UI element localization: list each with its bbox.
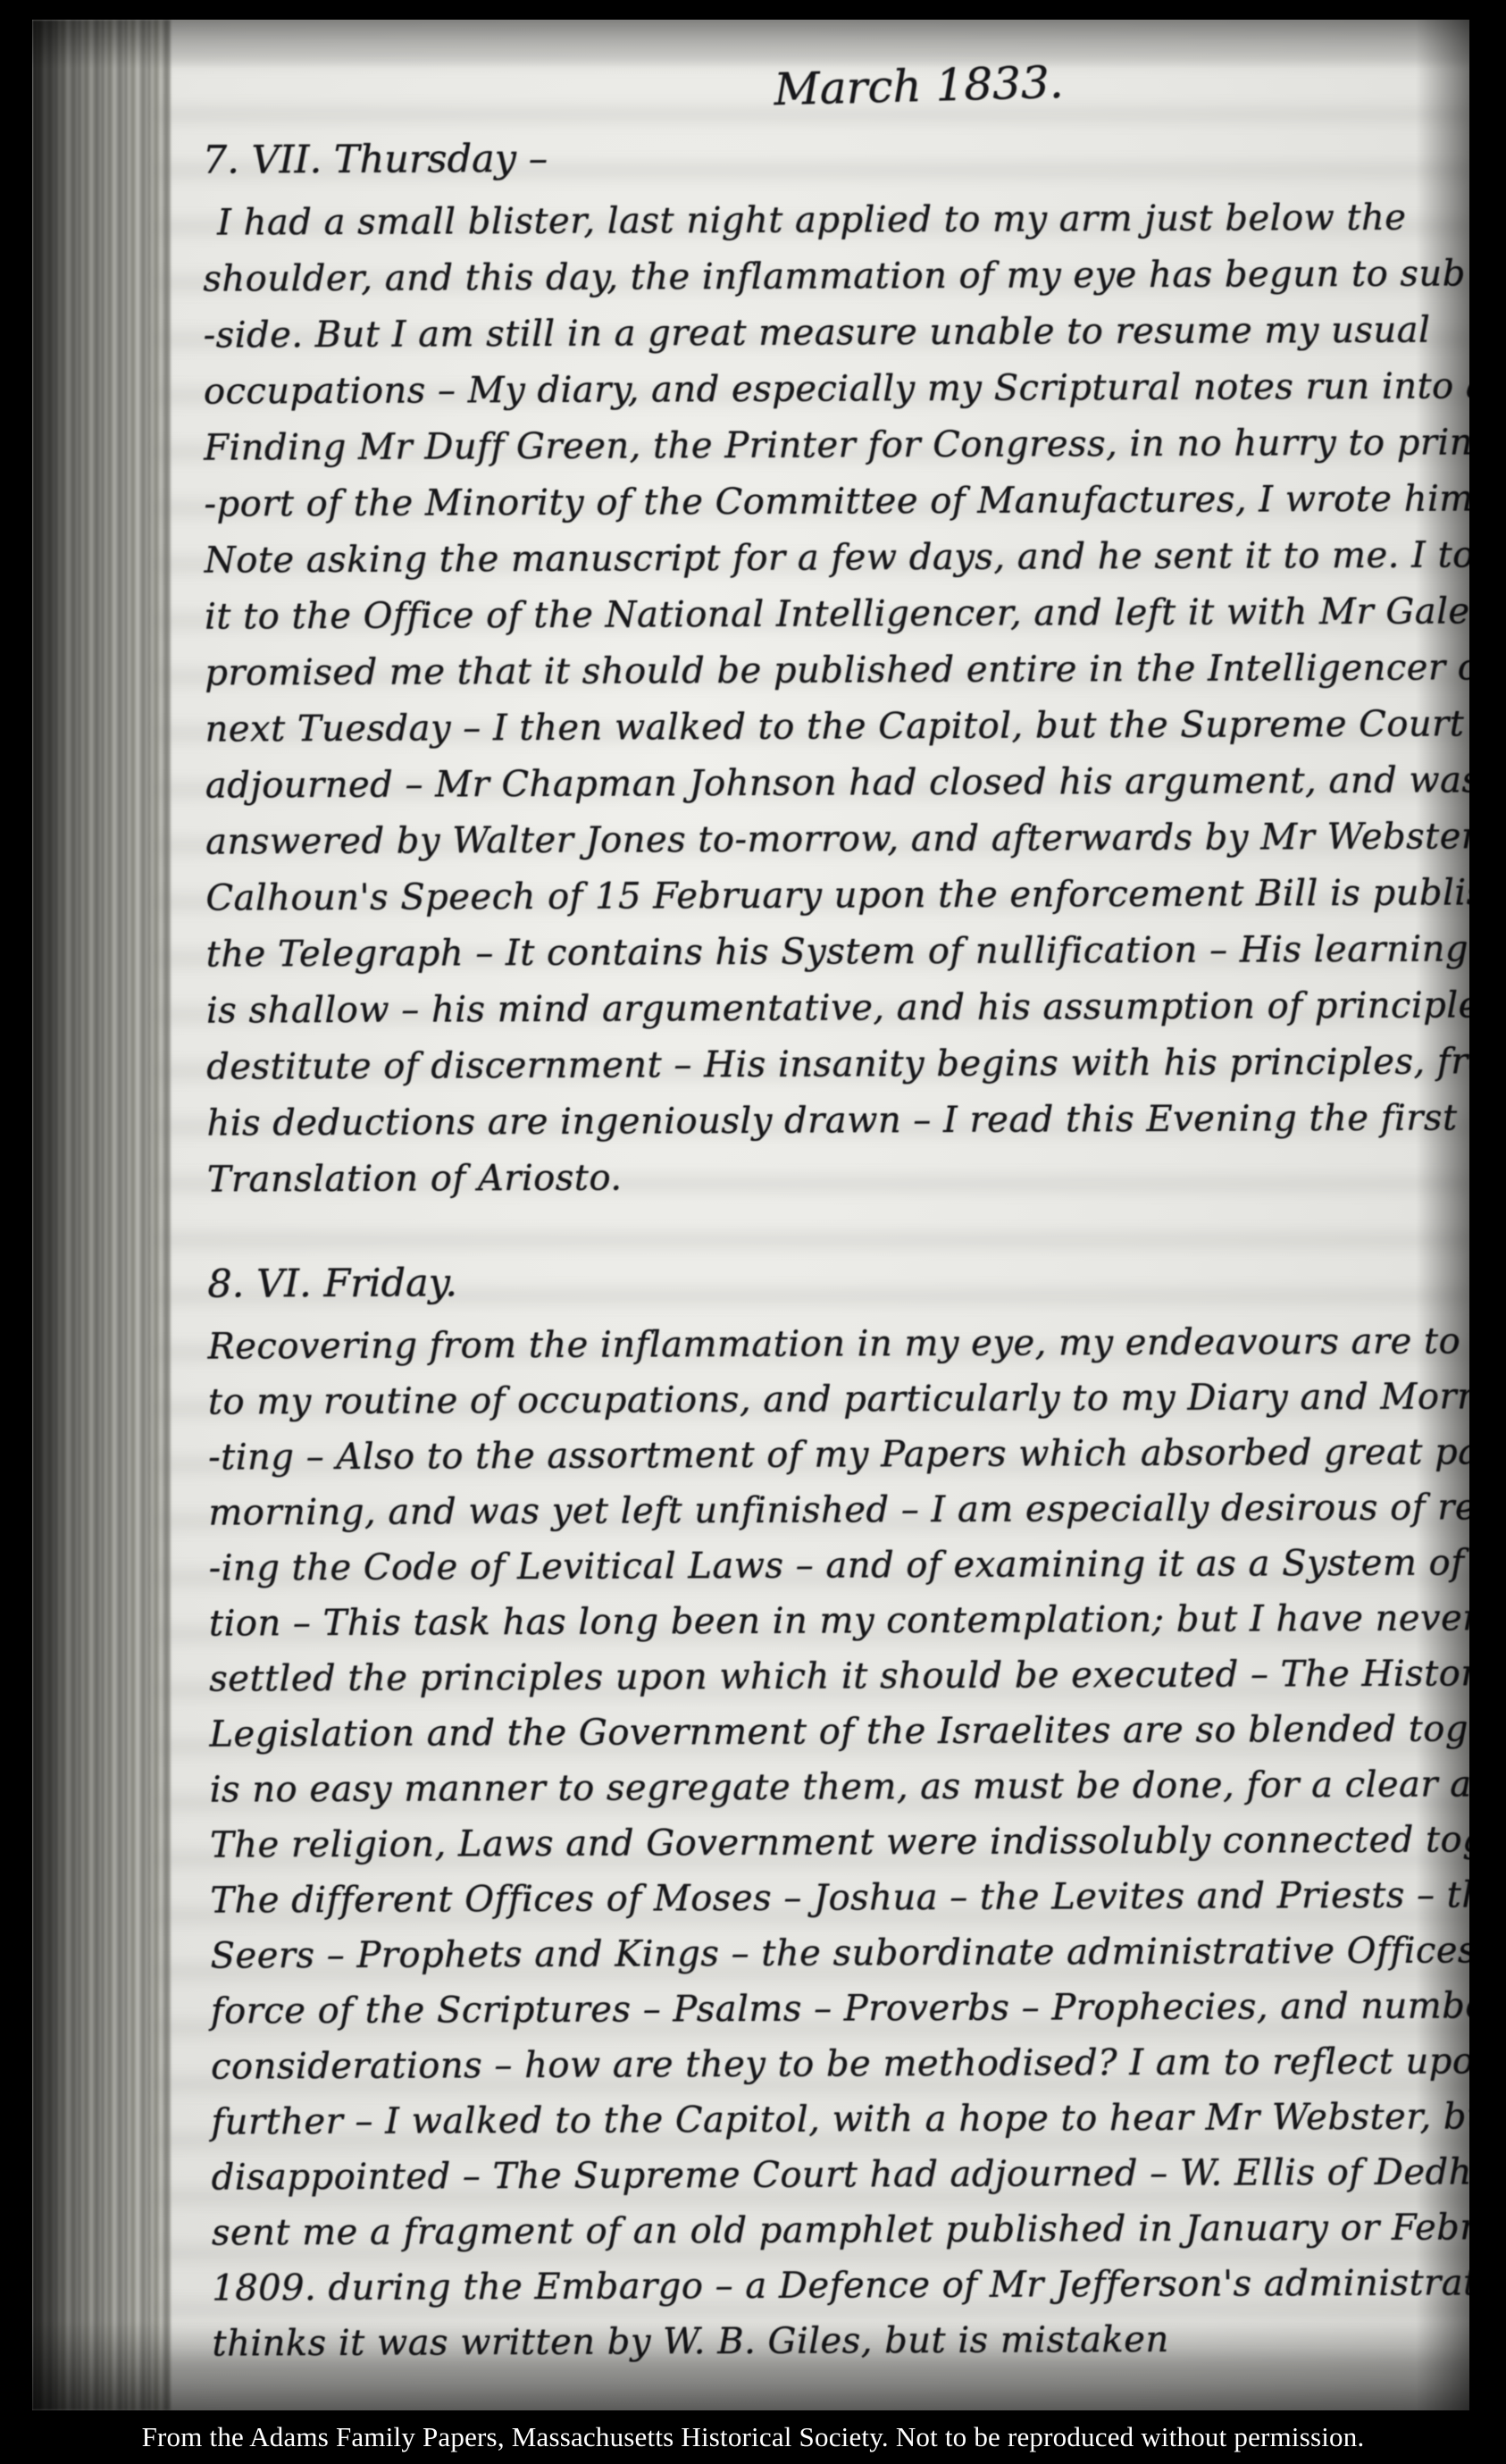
manuscript-line: -side. But I am still in a great measure… xyxy=(204,302,1466,364)
manuscript-line: 1809. during the Embargo – a Defence of … xyxy=(212,2255,1469,2316)
manuscript-line: Legislation and the Government of the Is… xyxy=(209,1701,1469,1762)
month-year-header: March 1833. xyxy=(774,56,1065,115)
entry-text: I had a small blister, last night applie… xyxy=(203,190,1469,1209)
manuscript-line: shoulder, and this day, the inflammation… xyxy=(203,247,1465,308)
manuscript-line: occupations – My diary, and especially m… xyxy=(204,358,1466,420)
manuscript-line: answered by Walter Jones to-morrow, and … xyxy=(205,809,1468,870)
manuscript-line: adjourned – Mr Chapman Johnson had close… xyxy=(205,752,1468,814)
manuscript-line: morning, and was yet left unfinished – I… xyxy=(208,1479,1469,1540)
manuscript-text-layer: March 1833. 7. VII. Thursday – I had a s… xyxy=(32,20,1469,2410)
manuscript-line: considerations – how are they to be meth… xyxy=(211,2033,1469,2094)
manuscript-line: Seers – Prophets and Kings – the subordi… xyxy=(210,1923,1469,1983)
manuscript-line: his deductions are ingeniously drawn – I… xyxy=(206,1090,1468,1152)
diary-scan: March 1833. 7. VII. Thursday – I had a s… xyxy=(0,0,1506,2464)
manuscript-line: -port of the Minority of the Committee o… xyxy=(204,471,1466,532)
manuscript-line: -ing the Code of Levitical Laws – and of… xyxy=(209,1535,1469,1596)
manuscript-line: promised me that it should be published … xyxy=(205,640,1467,701)
manuscript-line: The religion, Laws and Government were i… xyxy=(210,1812,1469,1873)
manuscript-line: Translation of Ariosto. xyxy=(207,1146,1469,1208)
manuscript-line: -ting – Also to the assortment of my Pap… xyxy=(208,1424,1469,1485)
manuscript-line: disappointed – The Supreme Court had adj… xyxy=(212,2144,1469,2205)
manuscript-line: the Telegraph – It contains his System o… xyxy=(206,921,1468,983)
manuscript-line: tion – This task has long been in my con… xyxy=(209,1590,1469,1651)
manuscript-line: next Tuesday – I then walked to the Capi… xyxy=(205,696,1467,758)
manuscript-page: March 1833. 7. VII. Thursday – I had a s… xyxy=(32,20,1469,2410)
manuscript-line: further – I walked to the Capitol, with … xyxy=(211,2089,1469,2150)
manuscript-line: to my routine of occupations, and partic… xyxy=(208,1369,1469,1429)
manuscript-line: thinks it was written by W. B. Giles, bu… xyxy=(212,2310,1469,2371)
manuscript-line: Recovering from the inflammation in my e… xyxy=(208,1313,1469,1374)
manuscript-line: destitute of discernment – His insanity … xyxy=(206,1034,1468,1095)
manuscript-line: settled the principles upon which it sho… xyxy=(209,1646,1469,1706)
manuscript-line: force of the Scriptures – Psalms – Prove… xyxy=(211,1978,1469,2039)
manuscript-line: sent me a fragment of an old pamphlet pu… xyxy=(212,2200,1469,2260)
manuscript-line: it to the Office of the National Intelli… xyxy=(205,583,1467,645)
diary-entry-friday: 8. VI. Friday. Recovering from the infla… xyxy=(207,1256,1469,2371)
manuscript-line: I had a small blister, last night applie… xyxy=(203,190,1465,252)
entry-date-heading: 7. VII. Thursday – xyxy=(203,133,1465,183)
manuscript-line: is no easy manner to segregate them, as … xyxy=(210,1756,1469,1817)
manuscript-line: Note asking the manuscript for a few day… xyxy=(205,527,1467,589)
credit-caption-text: From the Adams Family Papers, Massachuse… xyxy=(142,2421,1365,2453)
manuscript-line: Finding Mr Duff Green, the Printer for C… xyxy=(204,415,1466,476)
credit-caption-bar: From the Adams Family Papers, Massachuse… xyxy=(0,2410,1506,2464)
diary-entry-thursday: 7. VII. Thursday – I had a small blister… xyxy=(203,133,1469,1209)
entry-date-heading: 8. VI. Friday. xyxy=(207,1256,1469,1306)
manuscript-line: is shallow – his mind argumentative, and… xyxy=(206,977,1468,1039)
manuscript-line: The different Offices of Moses – Joshua … xyxy=(210,1867,1469,1928)
entry-text: Recovering from the inflammation in my e… xyxy=(208,1313,1469,2371)
manuscript-line: Calhoun's Speech of 15 February upon the… xyxy=(205,865,1468,926)
